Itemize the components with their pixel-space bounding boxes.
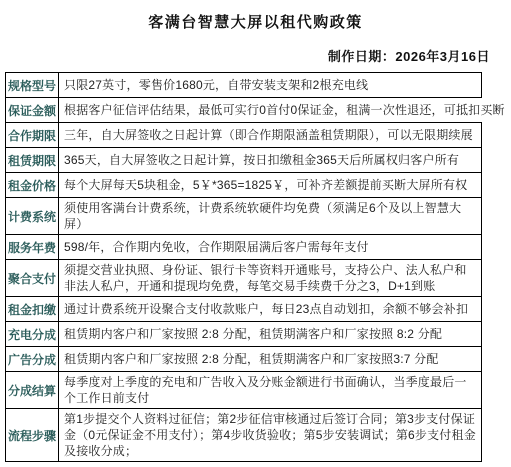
row-label: 充电分成: [6, 322, 59, 346]
row-content: 须提交营业执照、身份证、银行卡等资料开通账号，支持公户、法人私户和非法人私户，开…: [59, 260, 482, 296]
row-content: 三年，自大屏签收之日起计算（即合作期限涵盖租赁期限），可以无限期续展: [59, 123, 482, 147]
table-row: 聚合支付 须提交营业执照、身份证、银行卡等资料开通账号，支持公户、法人私户和非法…: [6, 259, 482, 296]
table-row: 分成结算 每季度对上季度的充电和广告收入及分账金额进行书面确认，当季度最后一个工…: [6, 371, 482, 408]
table-row: 计费系统 须使用客满台计费系统，计费系统软硬件均免费（须满足6个及以上智慧大屏）: [6, 197, 482, 234]
row-content: 598/年，合作期内免收，合作期限届满后客户需每年支付: [59, 235, 482, 259]
table-row: 充电分成 租赁期内客户和厂家按照 2:8 分配，租赁期满客户和厂家按照 8:2 …: [6, 321, 482, 346]
row-label: 流程步骤: [6, 409, 59, 461]
row-content: 租赁期内客户和厂家按照 2:8 分配，租赁期满客户和厂家按照 8:2 分配: [59, 322, 482, 346]
row-content: 365天，自大屏签收之日起计算，按日扣缴租金365天后所属权归客户所有: [59, 148, 482, 172]
row-label: 聚合支付: [6, 260, 59, 296]
table-row: 规格型号 只限27英寸，零售价1680元，自带安装支架和2根充电线: [6, 73, 482, 97]
row-content: 第1步提交个人资料过征信；第2步征信审核通过后签订合同；第3步支付保证金（0元保…: [59, 409, 482, 461]
row-content: 只限27英寸，零售价1680元，自带安装支架和2根充电线: [59, 73, 482, 97]
row-content: 通过计费系统开设聚合支付收款账户，每日23点自动划扣，余额不够会补扣: [59, 297, 482, 321]
table-row: 合作期限 三年，自大屏签收之日起计算（即合作期限涵盖租赁期限），可以无限期续展: [6, 122, 482, 147]
row-label: 计费系统: [6, 198, 59, 234]
row-label: 租金扣缴: [6, 297, 59, 321]
row-label: 广告分成: [6, 347, 59, 371]
table-row: 流程步骤 第1步提交个人资料过征信；第2步征信审核通过后签订合同；第3步支付保证…: [6, 408, 482, 461]
row-label: 合作期限: [6, 123, 59, 147]
row-content: 每季度对上季度的充电和广告收入及分账金额进行书面确认，当季度最后一个工作日前支付: [59, 372, 482, 408]
page-title: 客满台智慧大屏以租代购政策: [0, 11, 511, 32]
row-label: 规格型号: [6, 73, 59, 97]
table-row: 服务年费 598/年，合作期内免收，合作期限届满后客户需每年支付: [6, 234, 482, 259]
policy-table: 规格型号 只限27英寸，零售价1680元，自带安装支架和2根充电线 保证金额 根…: [5, 72, 482, 462]
row-label: 分成结算: [6, 372, 59, 408]
table-row: 保证金额 根据客户征信评估结果，最低可实行0首付0保证金，租满一次性退还，可抵扣…: [6, 97, 482, 122]
row-label: 服务年费: [6, 235, 59, 259]
row-label: 保证金额: [6, 98, 59, 122]
row-content: 须使用客满台计费系统，计费系统软硬件均免费（须满足6个及以上智慧大屏）: [59, 198, 482, 234]
row-content: 租赁期内客户和厂家按照 2:8 分配，租赁期满客户和厂家按照3:7 分配: [59, 347, 482, 371]
table-row: 广告分成 租赁期内客户和厂家按照 2:8 分配，租赁期满客户和厂家按照3:7 分…: [6, 346, 482, 371]
table-row: 租金价格 每个大屏每天5块租金，5￥*365=1825￥，可补齐差额提前买断大屏…: [6, 172, 482, 197]
table-row: 租赁期限 365天，自大屏签收之日起计算，按日扣缴租金365天后所属权归客户所有: [6, 147, 482, 172]
row-label: 租金价格: [6, 173, 59, 197]
creation-date: 制作日期：2026年3月16日: [328, 46, 490, 65]
row-content: 根据客户征信评估结果，最低可实行0首付0保证金，租满一次性退还，可抵扣买断: [59, 98, 510, 122]
row-label: 租赁期限: [6, 148, 59, 172]
table-row: 租金扣缴 通过计费系统开设聚合支付收款账户，每日23点自动划扣，余额不够会补扣: [6, 296, 482, 321]
row-content: 每个大屏每天5块租金，5￥*365=1825￥，可补齐差额提前买断大屏所有权: [59, 173, 482, 197]
